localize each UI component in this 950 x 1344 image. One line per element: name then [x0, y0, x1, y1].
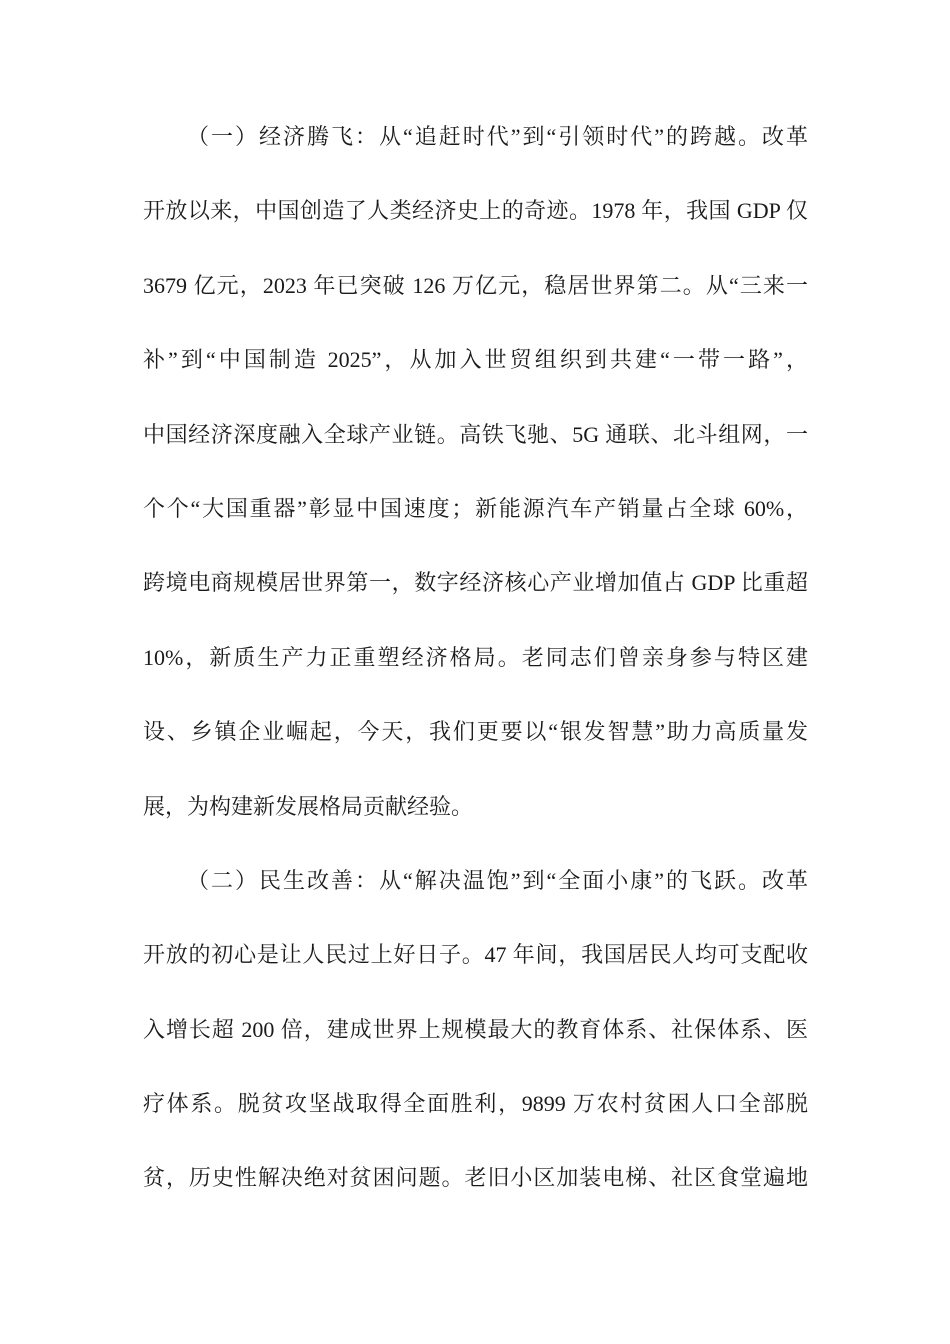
- doc-line: 贫，历史性解决绝对贫困问题。老旧小区加装电梯、社区食堂遍地: [143, 1141, 808, 1215]
- doc-line: 3679 亿元，2023 年已突破 126 万亿元，稳居世界第二。从“三来一: [143, 249, 808, 323]
- doc-line: 展，为构建新发展格局贡献经验。: [143, 770, 808, 844]
- document-page: （一）经济腾飞：从“追赶时代”到“引领时代”的跨越。改革 开放以来，中国创造了人…: [0, 0, 950, 1344]
- doc-line: 中国经济深度融入全球产业链。高铁飞驰、5G 通联、北斗组网，一: [143, 398, 808, 472]
- doc-line: 开放以来，中国创造了人类经济史上的奇迹。1978 年，我国 GDP 仅: [143, 174, 808, 248]
- doc-line: 设、乡镇企业崛起，今天，我们更要以“银发智慧”助力高质量发: [143, 695, 808, 769]
- doc-line: 入增长超 200 倍，建成世界上规模最大的教育体系、社保体系、医: [143, 993, 808, 1067]
- doc-line: 10%，新质生产力正重塑经济格局。老同志们曾亲身参与特区建: [143, 621, 808, 695]
- doc-line: （二）民生改善：从“解决温饱”到“全面小康”的飞跃。改革: [143, 844, 808, 918]
- doc-line: 开放的初心是让人民过上好日子。47 年间，我国居民人均可支配收: [143, 918, 808, 992]
- doc-line: 疗体系。脱贫攻坚战取得全面胜利，9899 万农村贫困人口全部脱: [143, 1067, 808, 1141]
- paragraph-economy: （一）经济腾飞：从“追赶时代”到“引领时代”的跨越。改革 开放以来，中国创造了人…: [143, 100, 950, 844]
- paragraph-livelihood: （二）民生改善：从“解决温饱”到“全面小康”的飞跃。改革 开放的初心是让人民过上…: [143, 844, 950, 1216]
- doc-line: 跨境电商规模居世界第一，数字经济核心产业增加值占 GDP 比重超: [143, 546, 808, 620]
- doc-line: 补”到“中国制造 2025”，从加入世贸组织到共建“一带一路”，: [143, 323, 808, 397]
- doc-line: （一）经济腾飞：从“追赶时代”到“引领时代”的跨越。改革: [143, 100, 808, 174]
- doc-line: 个个“大国重器”彰显中国速度；新能源汽车产销量占全球 60%，: [143, 472, 808, 546]
